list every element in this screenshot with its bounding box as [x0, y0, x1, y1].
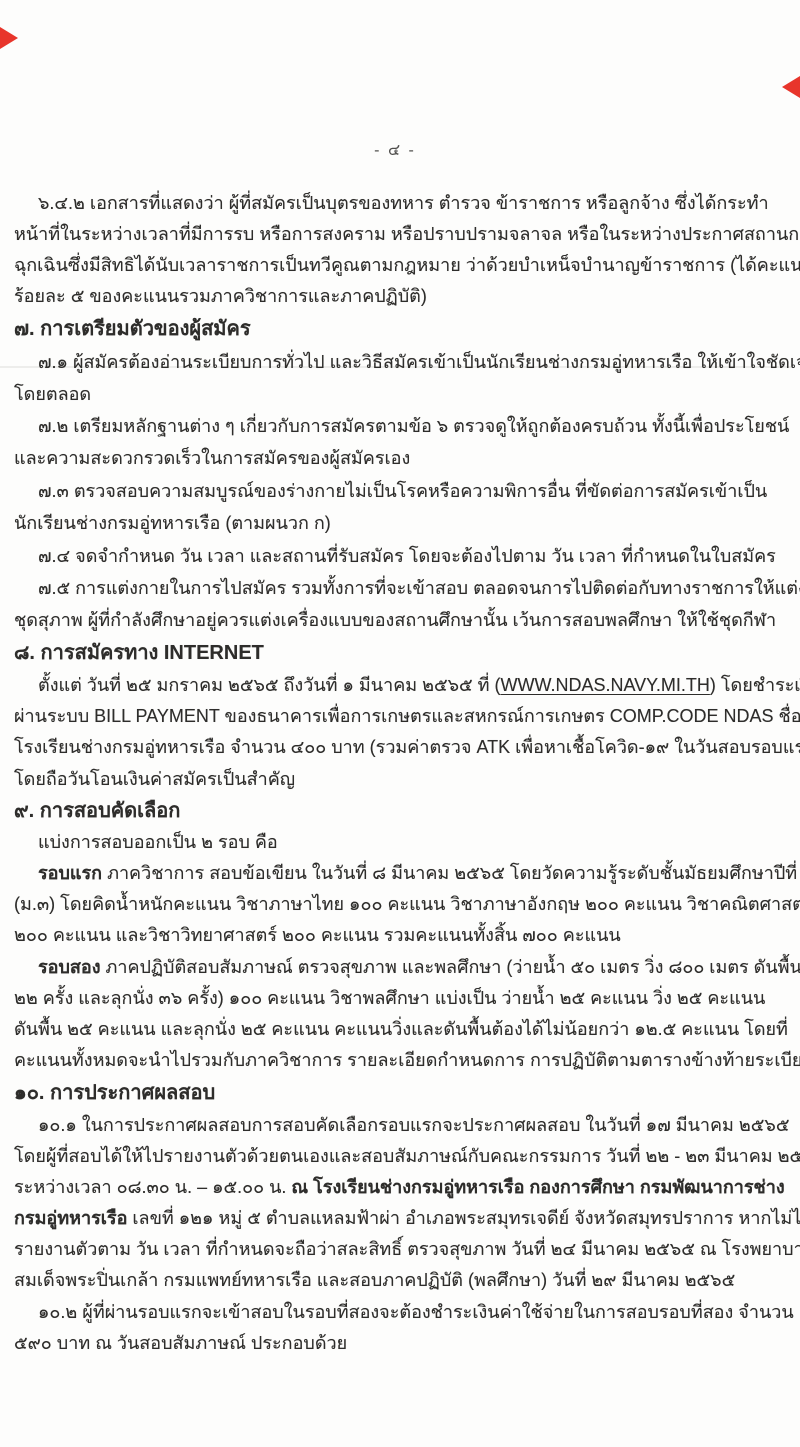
text-segment: สมเด็จพระปิ่นเกล้า กรมแพทย์ทหารเรือ และส… — [14, 1270, 735, 1290]
text-segment: ร้อยละ ๕ ของคะแนนรวมภาควิชาการและภาคปฏิบ… — [14, 286, 427, 306]
text-segment: ณ โรงเรียนช่างกรมอู่ทหารเรือ กองการศึกษา… — [291, 1177, 784, 1197]
text-segment: โดยผู้ที่สอบได้ให้ไปรายงานตัวด้วยตนเองแล… — [14, 1146, 800, 1166]
text-line: หน้าที่ในระหว่างเวลาที่มีการรบ หรือการสง… — [14, 221, 800, 247]
text-line: ๑๐.๑ ในการประกาศผลสอบการสอบคัดเลือกรอบแร… — [38, 1112, 789, 1138]
text-segment: เลขที่ ๑๒๑ หมู่ ๕ ตำบลแหลมฟ้าผ่า อำเภอพร… — [127, 1208, 800, 1228]
text-line: แบ่งการสอบออกเป็น ๒ รอบ คือ — [38, 829, 278, 855]
text-line: ๗.๑ ผู้สมัครต้องอ่านระเบียบการทั่วไป และ… — [38, 349, 800, 375]
text-line: ๖.๔.๒ เอกสารที่แสดงว่า ผู้ที่สมัครเป็นบุ… — [38, 190, 769, 216]
text-line: ๒๐๐ คะแนน และวิชาวิทยาศาสตร์ ๒๐๐ คะแนน ร… — [14, 922, 621, 948]
text-segment: ๗. การเตรียมตัวของผู้สมัคร — [14, 318, 251, 340]
text-line: นักเรียนช่างกรมอู่ทหารเรือ (ตามผนวก ก) — [14, 510, 331, 536]
text-segment: ชุดสุภาพ ผู้ที่กำลังศึกษาอยู่ควรแต่งเครื… — [14, 610, 776, 630]
text-line: ร้อยละ ๕ ของคะแนนรวมภาควิชาการและภาคปฏิบ… — [14, 283, 427, 309]
red-triangle-marker-right — [782, 76, 800, 98]
text-segment: ฉุกเฉินซึ่งมีสิทธิได้นับเวลาราชการเป็นทว… — [14, 255, 800, 275]
text-line: ๗.๔ จดจำกำหนด วัน เวลา และสถานที่รับสมัค… — [38, 543, 776, 569]
url-text: WWW.NDAS.NAVY.MI.TH — [501, 675, 710, 695]
text-segment: ผ่านระบบ BILL PAYMENT ของธนาคารเพื่อการเ… — [14, 706, 800, 726]
text-segment: ๘. การสมัครทาง INTERNET — [14, 642, 264, 664]
page-number: - ๔ - — [0, 138, 790, 163]
text-line: ๒๒ ครั้ง และลุกนั่ง ๓๖ ครั้ง) ๑๐๐ คะแนน … — [14, 985, 765, 1011]
text-line: ๑๐.๒ ผู้ที่ผ่านรอบแรกจะเข้าสอบในรอบที่สอ… — [38, 1299, 794, 1325]
section-heading: ๘. การสมัครทาง INTERNET — [14, 640, 264, 666]
text-segment: ๑๐.๒ ผู้ที่ผ่านรอบแรกจะเข้าสอบในรอบที่สอ… — [38, 1302, 794, 1322]
text-line: รอบแรก ภาควิชาการ สอบข้อเขียน ในวันที่ ๘… — [38, 860, 800, 886]
text-line: และความสะดวกรวดเร็วในการสมัครของผู้สมัคร… — [14, 445, 410, 471]
text-line: กรมอู่ทหารเรือ เลขที่ ๑๒๑ หมู่ ๕ ตำบลแหล… — [14, 1205, 800, 1231]
text-segment: ๑๐. การประกาศผลสอบ — [14, 1082, 215, 1104]
text-line: ๗.๕ การแต่งกายในการไปสมัคร รวมทั้งการที่… — [38, 575, 800, 601]
text-segment: ๗.๒ เตรียมหลักฐานต่าง ๆ เกี่ยวกับการสมัค… — [38, 416, 789, 436]
text-segment: โรงเรียนช่างกรมอู่ทหารเรือ จำนวน ๔๐๐ บาท… — [14, 737, 800, 757]
text-segment: ระหว่างเวลา ๐๘.๓๐ น. – ๑๕.๐๐ น. — [14, 1177, 291, 1197]
text-segment: กรมอู่ทหารเรือ — [14, 1208, 127, 1228]
text-segment: (ม.๓) โดยคิดน้ำหนักคะแนน วิชาภาษาไทย ๑๐๐… — [14, 894, 800, 914]
text-segment: คะแนนทั้งหมดจะนำไปรวมกับภาควิชาการ รายละ… — [14, 1050, 800, 1070]
text-line: (ม.๓) โดยคิดน้ำหนักคะแนน วิชาภาษาไทย ๑๐๐… — [14, 891, 800, 917]
text-segment: แบ่งการสอบออกเป็น ๒ รอบ คือ — [38, 832, 278, 852]
scanned-document-page: - ๔ - ๖.๔.๒ เอกสารที่แสดงว่า ผู้ที่สมัคร… — [0, 0, 800, 1447]
section-heading: ๑๐. การประกาศผลสอบ — [14, 1080, 215, 1106]
text-segment: ๗.๔ จดจำกำหนด วัน เวลา และสถานที่รับสมัค… — [38, 546, 776, 566]
text-line: ระหว่างเวลา ๐๘.๓๐ น. – ๑๕.๐๐ น. ณ โรงเรี… — [14, 1174, 785, 1200]
text-segment: โดยตลอด — [14, 384, 91, 404]
text-segment: ๒๐๐ คะแนน และวิชาวิทยาศาสตร์ ๒๐๐ คะแนน ร… — [14, 925, 621, 945]
text-line: โดยถือวันโอนเงินค่าสมัครเป็นสำคัญ — [14, 766, 295, 792]
text-line: ฉุกเฉินซึ่งมีสิทธิได้นับเวลาราชการเป็นทว… — [14, 252, 800, 278]
text-segment: ๗.๑ ผู้สมัครต้องอ่านระเบียบการทั่วไป และ… — [38, 352, 800, 372]
text-segment: รายงานตัวตาม วัน เวลา ที่กำหนดจะถือว่าสล… — [14, 1239, 800, 1259]
text-segment: ๕๙๐ บาท ณ วันสอบสัมภาษณ์ ประกอบด้วย — [14, 1333, 347, 1353]
text-segment: ๗.๕ การแต่งกายในการไปสมัคร รวมทั้งการที่… — [38, 578, 800, 598]
text-segment: ๖.๔.๒ เอกสารที่แสดงว่า ผู้ที่สมัครเป็นบุ… — [38, 193, 769, 213]
text-segment: ๒๒ ครั้ง และลุกนั่ง ๓๖ ครั้ง) ๑๐๐ คะแนน … — [14, 988, 765, 1008]
text-segment: ๑๐.๑ ในการประกาศผลสอบการสอบคัดเลือกรอบแร… — [38, 1115, 789, 1135]
text-line: สมเด็จพระปิ่นเกล้า กรมแพทย์ทหารเรือ และส… — [14, 1267, 735, 1293]
text-line: โดยตลอด — [14, 381, 91, 407]
text-line: ๗.๓ ตรวจสอบความสมบูรณ์ของร่างกายไม่เป็นโ… — [38, 478, 767, 504]
text-segment: ภาคปฏิบัติสอบสัมภาษณ์ ตรวจสุขภาพ และพลศึ… — [101, 957, 800, 977]
text-line: โดยผู้ที่สอบได้ให้ไปรายงานตัวด้วยตนเองแล… — [14, 1143, 800, 1169]
text-segment: ๙. การสอบคัดเลือก — [14, 800, 180, 822]
section-heading: ๗. การเตรียมตัวของผู้สมัคร — [14, 316, 251, 342]
text-segment: ๗.๓ ตรวจสอบความสมบูรณ์ของร่างกายไม่เป็นโ… — [38, 481, 767, 501]
text-line: ผ่านระบบ BILL PAYMENT ของธนาคารเพื่อการเ… — [14, 703, 800, 729]
text-line: คะแนนทั้งหมดจะนำไปรวมกับภาควิชาการ รายละ… — [14, 1047, 800, 1073]
text-segment: โดยถือวันโอนเงินค่าสมัครเป็นสำคัญ — [14, 769, 295, 789]
text-segment: รอบแรก — [38, 863, 102, 883]
text-segment: ภาควิชาการ สอบข้อเขียน ในวันที่ ๘ มีนาคม… — [102, 863, 800, 883]
red-triangle-marker-left — [0, 27, 18, 49]
text-segment: นักเรียนช่างกรมอู่ทหารเรือ (ตามผนวก ก) — [14, 513, 331, 533]
text-segment: รอบสอง — [38, 957, 101, 977]
text-line: ดันพื้น ๒๕ คะแนน และลุกนั่ง ๒๕ คะแนน คะแ… — [14, 1016, 788, 1042]
text-segment: ) โดยชำระเงิน — [710, 675, 800, 695]
text-segment: และความสะดวกรวดเร็วในการสมัครของผู้สมัคร… — [14, 448, 410, 468]
section-heading: ๙. การสอบคัดเลือก — [14, 798, 180, 824]
text-segment: ตั้งแต่ วันที่ ๒๕ มกราคม ๒๕๖๕ ถึงวันที่ … — [38, 675, 501, 695]
text-line: ๕๙๐ บาท ณ วันสอบสัมภาษณ์ ประกอบด้วย — [14, 1330, 347, 1356]
text-segment: ดันพื้น ๒๕ คะแนน และลุกนั่ง ๒๕ คะแนน คะแ… — [14, 1019, 788, 1039]
text-line: ๗.๒ เตรียมหลักฐานต่าง ๆ เกี่ยวกับการสมัค… — [38, 413, 789, 439]
text-line: รอบสอง ภาคปฏิบัติสอบสัมภาษณ์ ตรวจสุขภาพ … — [38, 954, 800, 980]
text-line: โรงเรียนช่างกรมอู่ทหารเรือ จำนวน ๔๐๐ บาท… — [14, 734, 800, 760]
text-line: ชุดสุภาพ ผู้ที่กำลังศึกษาอยู่ควรแต่งเครื… — [14, 607, 776, 633]
text-segment: หน้าที่ในระหว่างเวลาที่มีการรบ หรือการสง… — [14, 224, 800, 244]
text-line: รายงานตัวตาม วัน เวลา ที่กำหนดจะถือว่าสล… — [14, 1236, 800, 1262]
text-line: ตั้งแต่ วันที่ ๒๕ มกราคม ๒๕๖๕ ถึงวันที่ … — [38, 672, 800, 698]
